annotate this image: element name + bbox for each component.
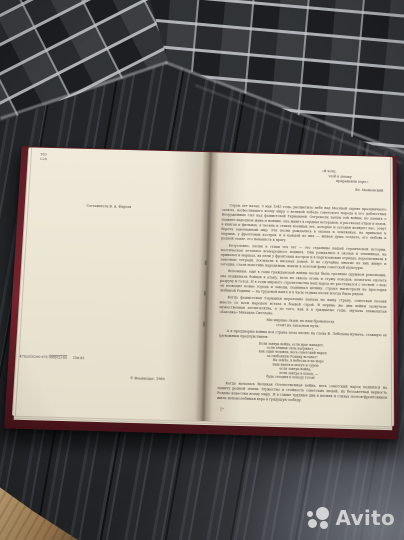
epigraph: «Я хочу, чтоб к штыку приравняли перо». … <box>303 168 385 193</box>
preface-paragraph: Безусловно, песни и стихи тех лет — это … <box>220 243 386 272</box>
avito-watermark-label: Avito <box>336 506 395 530</box>
imprint-suffix: 156-85 <box>73 356 85 360</box>
imprint-code: 4702010200-075 068(02)-85 156-85 <box>19 355 84 361</box>
open-book: Т83 С28 Составитель В. А. Фирсов 4702010… <box>4 146 398 439</box>
avito-watermark: Avito <box>306 503 395 533</box>
preface-text: Сорок лет назад, 9 мая 1945 года, расцве… <box>216 203 386 407</box>
photo-scene: Т83 С28 Составитель В. А. Фирсов 4702010… <box>0 0 404 540</box>
catalog-code-bottom: С28 <box>40 157 47 162</box>
book-pages: Т83 С28 Составитель В. А. Фирсов 4702010… <box>12 147 394 426</box>
preface-paragraph: Когда началась Великая Отечественная вой… <box>216 380 386 405</box>
preface-paragraph: Сорок лет назад, 9 мая 1945 года, расцве… <box>221 203 386 245</box>
printer-signature-mark: 1* <box>219 407 223 411</box>
imprint-denominator: 068(02)-85 <box>49 355 67 360</box>
compiler-line: Составитель В. А. Фирсов <box>87 204 132 209</box>
epigraph-attribution: Вл. Маяковский <box>303 186 385 193</box>
epigraph-line: приравняли перо». <box>336 179 385 185</box>
preface-paragraph: А в преддверии войны вся страна пела пес… <box>218 328 386 342</box>
catalog-stamp: Т83 С28 <box>40 152 47 161</box>
book-left-page: Т83 С28 Составитель В. А. Фирсов 4702010… <box>12 147 210 421</box>
quoted-couplet: Мы мирные люди, но наш бронепоезд стоит … <box>266 318 387 330</box>
binding-stitch <box>205 261 207 266</box>
copyright-line: © Воениздат, 1985 <box>130 376 165 381</box>
binding-stitch <box>204 291 206 296</box>
imprint-fraction: 4702010200-075 068(02)-85 <box>19 355 67 360</box>
song-quote: Если завтра война, если враг нападёт, ес… <box>258 341 387 382</box>
avito-logo-icon <box>306 503 332 533</box>
preface-paragraph: Когда фашистская Германия вероломно напа… <box>219 295 387 319</box>
imprint-numerator: 4702010200-075 <box>19 355 47 360</box>
preface-paragraph: Вспомним: ещё в годы гражданской войны п… <box>219 269 386 298</box>
book-right-page: «Я хочу, чтоб к штыку приравняли перо». … <box>203 152 394 426</box>
binding-stitch <box>203 322 205 327</box>
